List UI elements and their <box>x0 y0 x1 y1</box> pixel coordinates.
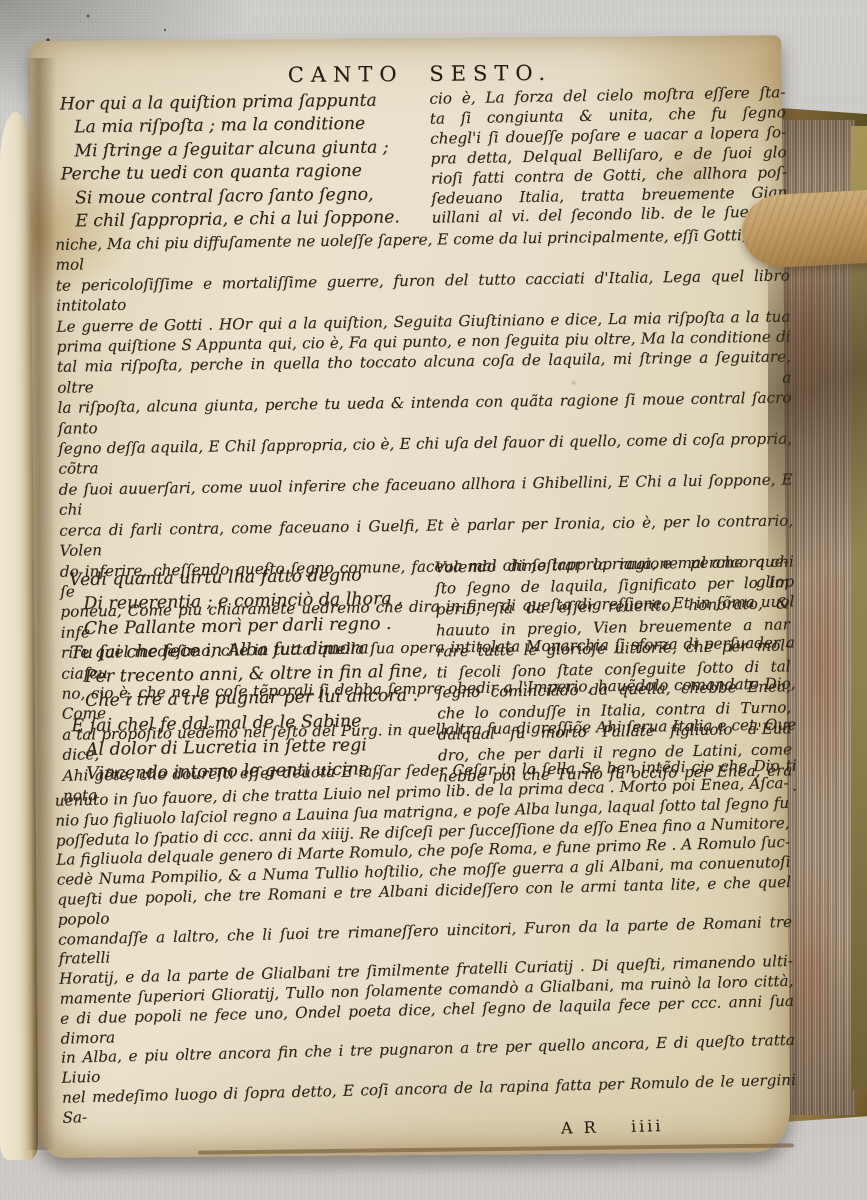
wooden-page-holder <box>740 190 867 270</box>
book-page: CANTO SESTO. Hor qui a la quiſtion prima… <box>30 35 791 1158</box>
prose-lines: uenuto in ſuo fauore, di che tratta Liui… <box>55 774 797 1128</box>
commentary-block-2: Volendo dimoſtrar la ragione perche que-… <box>435 551 793 787</box>
verse-line: Mi ſtringe a ſeguitar alcuna giunta ; <box>60 136 416 164</box>
verse-block-2: Vedi quanta uirtu lha fatto degno Di reu… <box>69 562 435 787</box>
page-title: CANTO SESTO. <box>170 60 670 88</box>
commentary-prose-2: uenuto in ſuo fauore, di che tratta Liui… <box>55 774 798 1149</box>
verse-block-1: Hor qui a la quiſtion prima ſappunta La … <box>60 89 418 234</box>
commentary-block-1: cio è, La forza del cielo moſtra eſſere … <box>429 83 787 229</box>
book-photograph: CANTO SESTO. Hor qui a la quiſtion prima… <box>0 0 867 1200</box>
